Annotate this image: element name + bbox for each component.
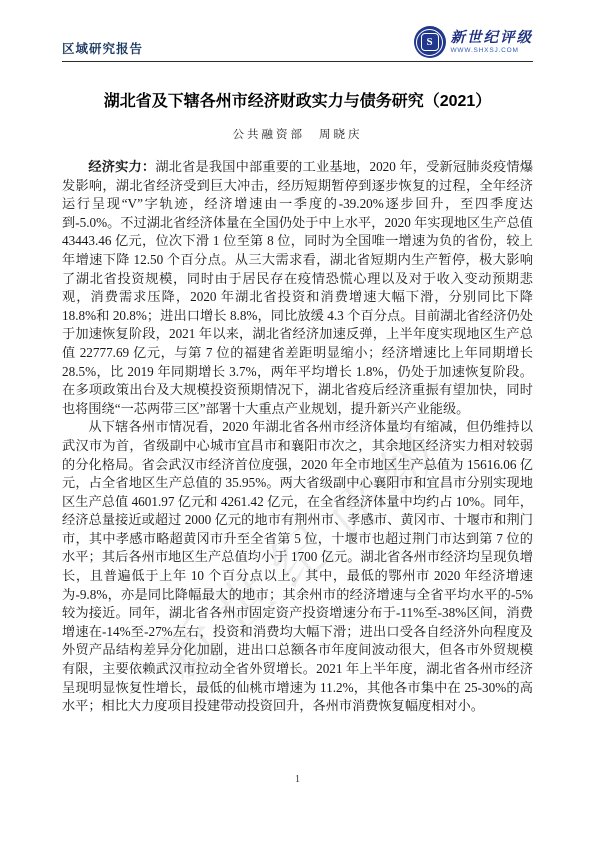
byline-department: 公共融资部 <box>233 129 306 141</box>
body-content: 经济实力：湖北省是我国中部重要的工业基地，2020 年，受新冠肺炎疫情爆发影响，… <box>62 158 533 716</box>
byline: 公共融资部周晓庆 <box>62 126 533 142</box>
page-header: 区域研究报告 S 新世纪评级 WWW.SHXSJ.COM <box>62 22 533 60</box>
company-website-url: WWW.SHXSJ.COM <box>451 47 534 54</box>
paragraph-text: 从下辖各州市情况看，2020 年湖北省各州市经济体量均有缩减，但仍维持以武汉市为… <box>62 419 533 713</box>
company-logo-icon: S <box>414 26 446 58</box>
paragraph-text: 湖北省是我国中部重要的工业基地，2020 年，受新冠肺炎疫情爆发影响，湖北省经济… <box>62 159 533 416</box>
report-type-label: 区域研究报告 <box>62 39 143 60</box>
page-number: 1 <box>0 774 595 785</box>
logo-glyph: S <box>426 37 432 48</box>
company-logo-name: 新世纪评级 <box>451 30 534 47</box>
paragraph-lead-label: 经济实力： <box>88 159 155 174</box>
byline-author: 周晓庆 <box>319 129 363 141</box>
company-logo: S 新世纪评级 WWW.SHXSJ.COM <box>414 26 534 60</box>
report-page: 区域研究报告 S 新世纪评级 WWW.SHXSJ.COM 湖北省及下辖各州市经济… <box>0 0 595 841</box>
paragraph-economic-strength: 经济实力：湖北省是我国中部重要的工业基地，2020 年，受新冠肺炎疫情爆发影响，… <box>62 158 533 418</box>
logo-text-block: 新世纪评级 WWW.SHXSJ.COM <box>451 30 534 54</box>
logo-core: S <box>421 33 439 51</box>
document-title: 湖北省及下辖各州市经济财政实力与债务研究（2021） <box>62 88 533 111</box>
header-divider <box>62 61 533 62</box>
paragraph-city-breakdown: 从下辖各州市情况看，2020 年湖北省各州市经济体量均有缩减，但仍维持以武汉市为… <box>62 418 533 716</box>
